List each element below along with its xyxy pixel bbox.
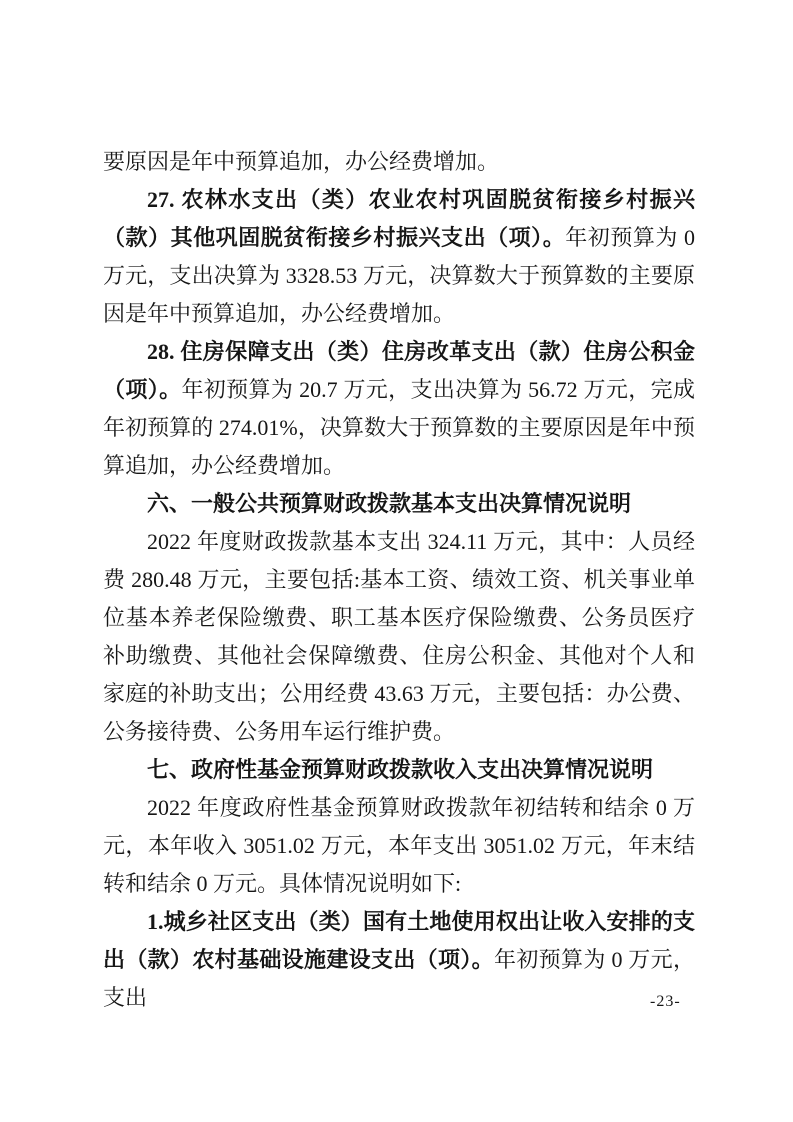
section-7-heading: 七、政府性基金预算财政拨款收入支出决算情况说明 — [103, 751, 695, 789]
item-28-body: 年初预算为 20.7 万元，支出决算为 56.72 万元，完成年初预算的 274… — [103, 377, 695, 478]
section-6-heading: 六、一般公共预算财政拨款基本支出决算情况说明 — [103, 485, 695, 523]
carryover-text: 要原因是年中预算追加，办公经费增加。 — [103, 149, 499, 174]
section-6-body-text: 2022 年度财政拨款基本支出 324.11 万元，其中：人员经费 280.48… — [103, 529, 695, 744]
section-7-body-text: 2022 年度政府性基金预算财政拨款年初结转和结余 0 万元，本年收入 3051… — [103, 795, 695, 896]
paragraph-item-1: 1.城乡社区支出（类）国有土地使用权出让收入安排的支出（款）农村基础设施建设支出… — [103, 903, 695, 1017]
paragraph-item-27: 27. 农林水支出（类）农业农村巩固脱贫衔接乡村振兴（款）其他巩固脱贫衔接乡村振… — [103, 181, 695, 333]
document-page: 要原因是年中预算追加，办公经费增加。 27. 农林水支出（类）农业农村巩固脱贫衔… — [0, 0, 793, 1122]
paragraph-item-28: 28. 住房保障支出（类）住房改革支出（款）住房公积金（项）。年初预算为 20.… — [103, 333, 695, 485]
paragraph-carryover: 要原因是年中预算追加，办公经费增加。 — [103, 143, 695, 181]
paragraph-section-7-body: 2022 年度政府性基金预算财政拨款年初结转和结余 0 万元，本年收入 3051… — [103, 789, 695, 903]
paragraph-section-6-body: 2022 年度财政拨款基本支出 324.11 万元，其中：人员经费 280.48… — [103, 523, 695, 751]
page-number: -23- — [650, 992, 681, 1012]
document-body: 要原因是年中预算追加，办公经费增加。 27. 农林水支出（类）农业农村巩固脱贫衔… — [103, 143, 695, 1017]
